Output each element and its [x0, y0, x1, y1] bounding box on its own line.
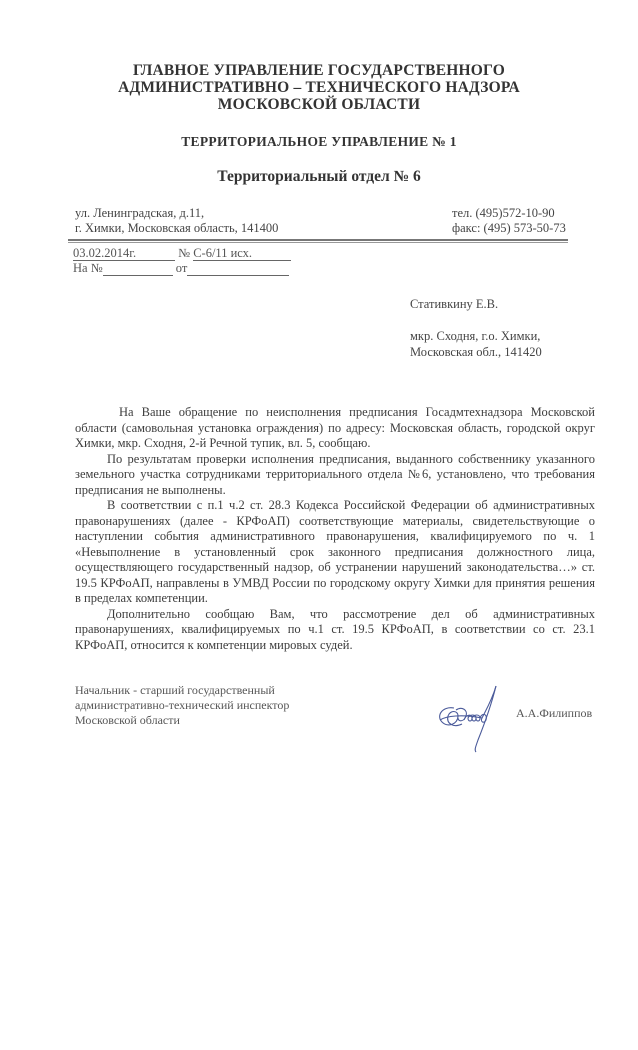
- recipient-block: Стативкину Е.В. мкр. Сходня, г.о. Химки,…: [410, 296, 542, 360]
- organization-title: ГЛАВНОЕ УПРАВЛЕНИЕ ГОСУДАРСТВЕННОГО АДМИ…: [0, 62, 638, 113]
- reply-number-label: На №: [73, 261, 103, 275]
- sender-address: ул. Ленинградская, д.11, г. Химки, Моско…: [75, 206, 278, 236]
- org-line-3: МОСКОВСКОЙ ОБЛАСТИ: [0, 96, 638, 113]
- body-paragraph: В соответствии с п.1 ч.2 ст. 28.3 Кодекс…: [75, 498, 595, 607]
- sender-phone: тел. (495)572-10-90: [452, 206, 566, 221]
- incoming-reference: На № от: [73, 261, 289, 276]
- sender-address-line-2: г. Химки, Московская область, 141400: [75, 221, 278, 236]
- division-title: ТЕРРИТОРИАЛЬНОЕ УПРАВЛЕНИЕ № 1: [0, 134, 638, 150]
- org-line-2: АДМИНИСТРАТИВНО – ТЕХНИЧЕСКОГО НАДЗОРА: [0, 79, 638, 96]
- department-title: Территориальный отдел № 6: [0, 168, 638, 186]
- outgoing-date: 03.02.2014г.: [73, 246, 175, 261]
- recipient-spacer: [410, 312, 542, 328]
- handwritten-signature-icon: [432, 680, 512, 760]
- body-paragraph: По результатам проверки исполнения предп…: [75, 452, 595, 499]
- signatory-title: Начальник - старший государственный адми…: [75, 683, 289, 728]
- body-paragraph: На Ваше обращение по неисполнения предпи…: [75, 405, 595, 452]
- recipient-name: Стативкину Е.В.: [410, 296, 542, 312]
- body-paragraph: Дополнительно сообщаю Вам, что рассмотре…: [75, 607, 595, 654]
- header-divider-thin: [68, 242, 568, 243]
- reply-number-blank: [103, 261, 173, 276]
- signatory-title-line-1: Начальник - старший государственный: [75, 683, 289, 698]
- signatory-title-line-3: Московской области: [75, 713, 289, 728]
- sender-fax: факс: (495) 573-50-73: [452, 221, 566, 236]
- reply-date-label: от: [176, 261, 188, 275]
- recipient-address-line-1: мкр. Сходня, г.о. Химки,: [410, 328, 542, 344]
- org-line-1: ГЛАВНОЕ УПРАВЛЕНИЕ ГОСУДАРСТВЕННОГО: [0, 62, 638, 79]
- letter-body: На Ваше обращение по неисполнения предпи…: [75, 405, 595, 653]
- sender-contacts: тел. (495)572-10-90 факс: (495) 573-50-7…: [452, 206, 566, 236]
- header-divider: [68, 239, 568, 241]
- outgoing-number: С-6/11 исх.: [193, 246, 291, 261]
- recipient-address-line-2: Московская обл., 141420: [410, 344, 542, 360]
- outgoing-reference: 03.02.2014г. № С-6/11 исх.: [73, 246, 291, 261]
- signatory-name: А.А.Филиппов: [516, 706, 592, 721]
- signatory-title-line-2: административно-технический инспектор: [75, 698, 289, 713]
- sender-address-line-1: ул. Ленинградская, д.11,: [75, 206, 278, 221]
- outgoing-number-label: №: [178, 246, 190, 260]
- reply-date-blank: [187, 261, 289, 276]
